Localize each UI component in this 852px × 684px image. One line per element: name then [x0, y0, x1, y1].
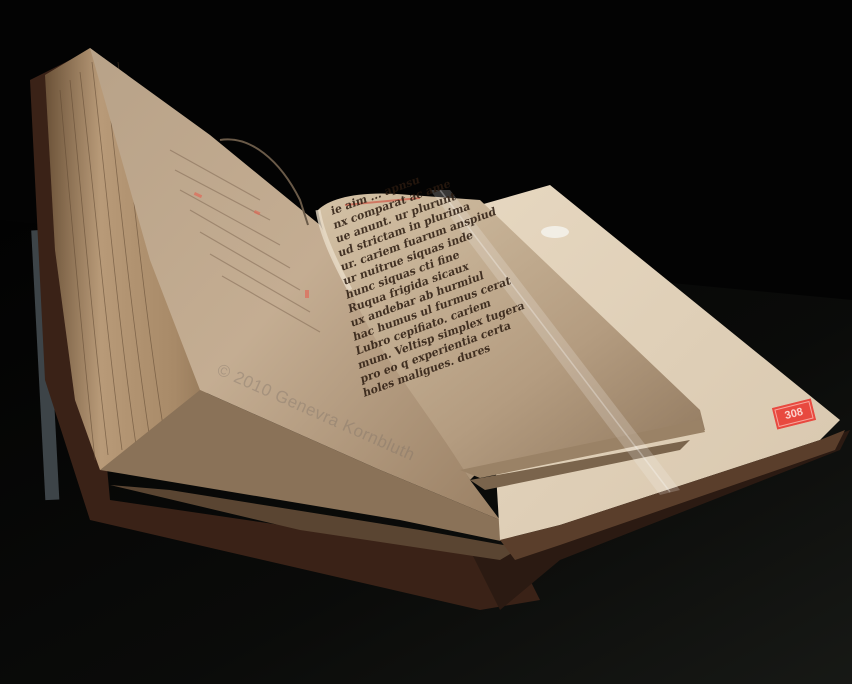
manuscript-photo: ie aim ... apnsu nx comparat ac ame ue a…: [0, 0, 852, 684]
